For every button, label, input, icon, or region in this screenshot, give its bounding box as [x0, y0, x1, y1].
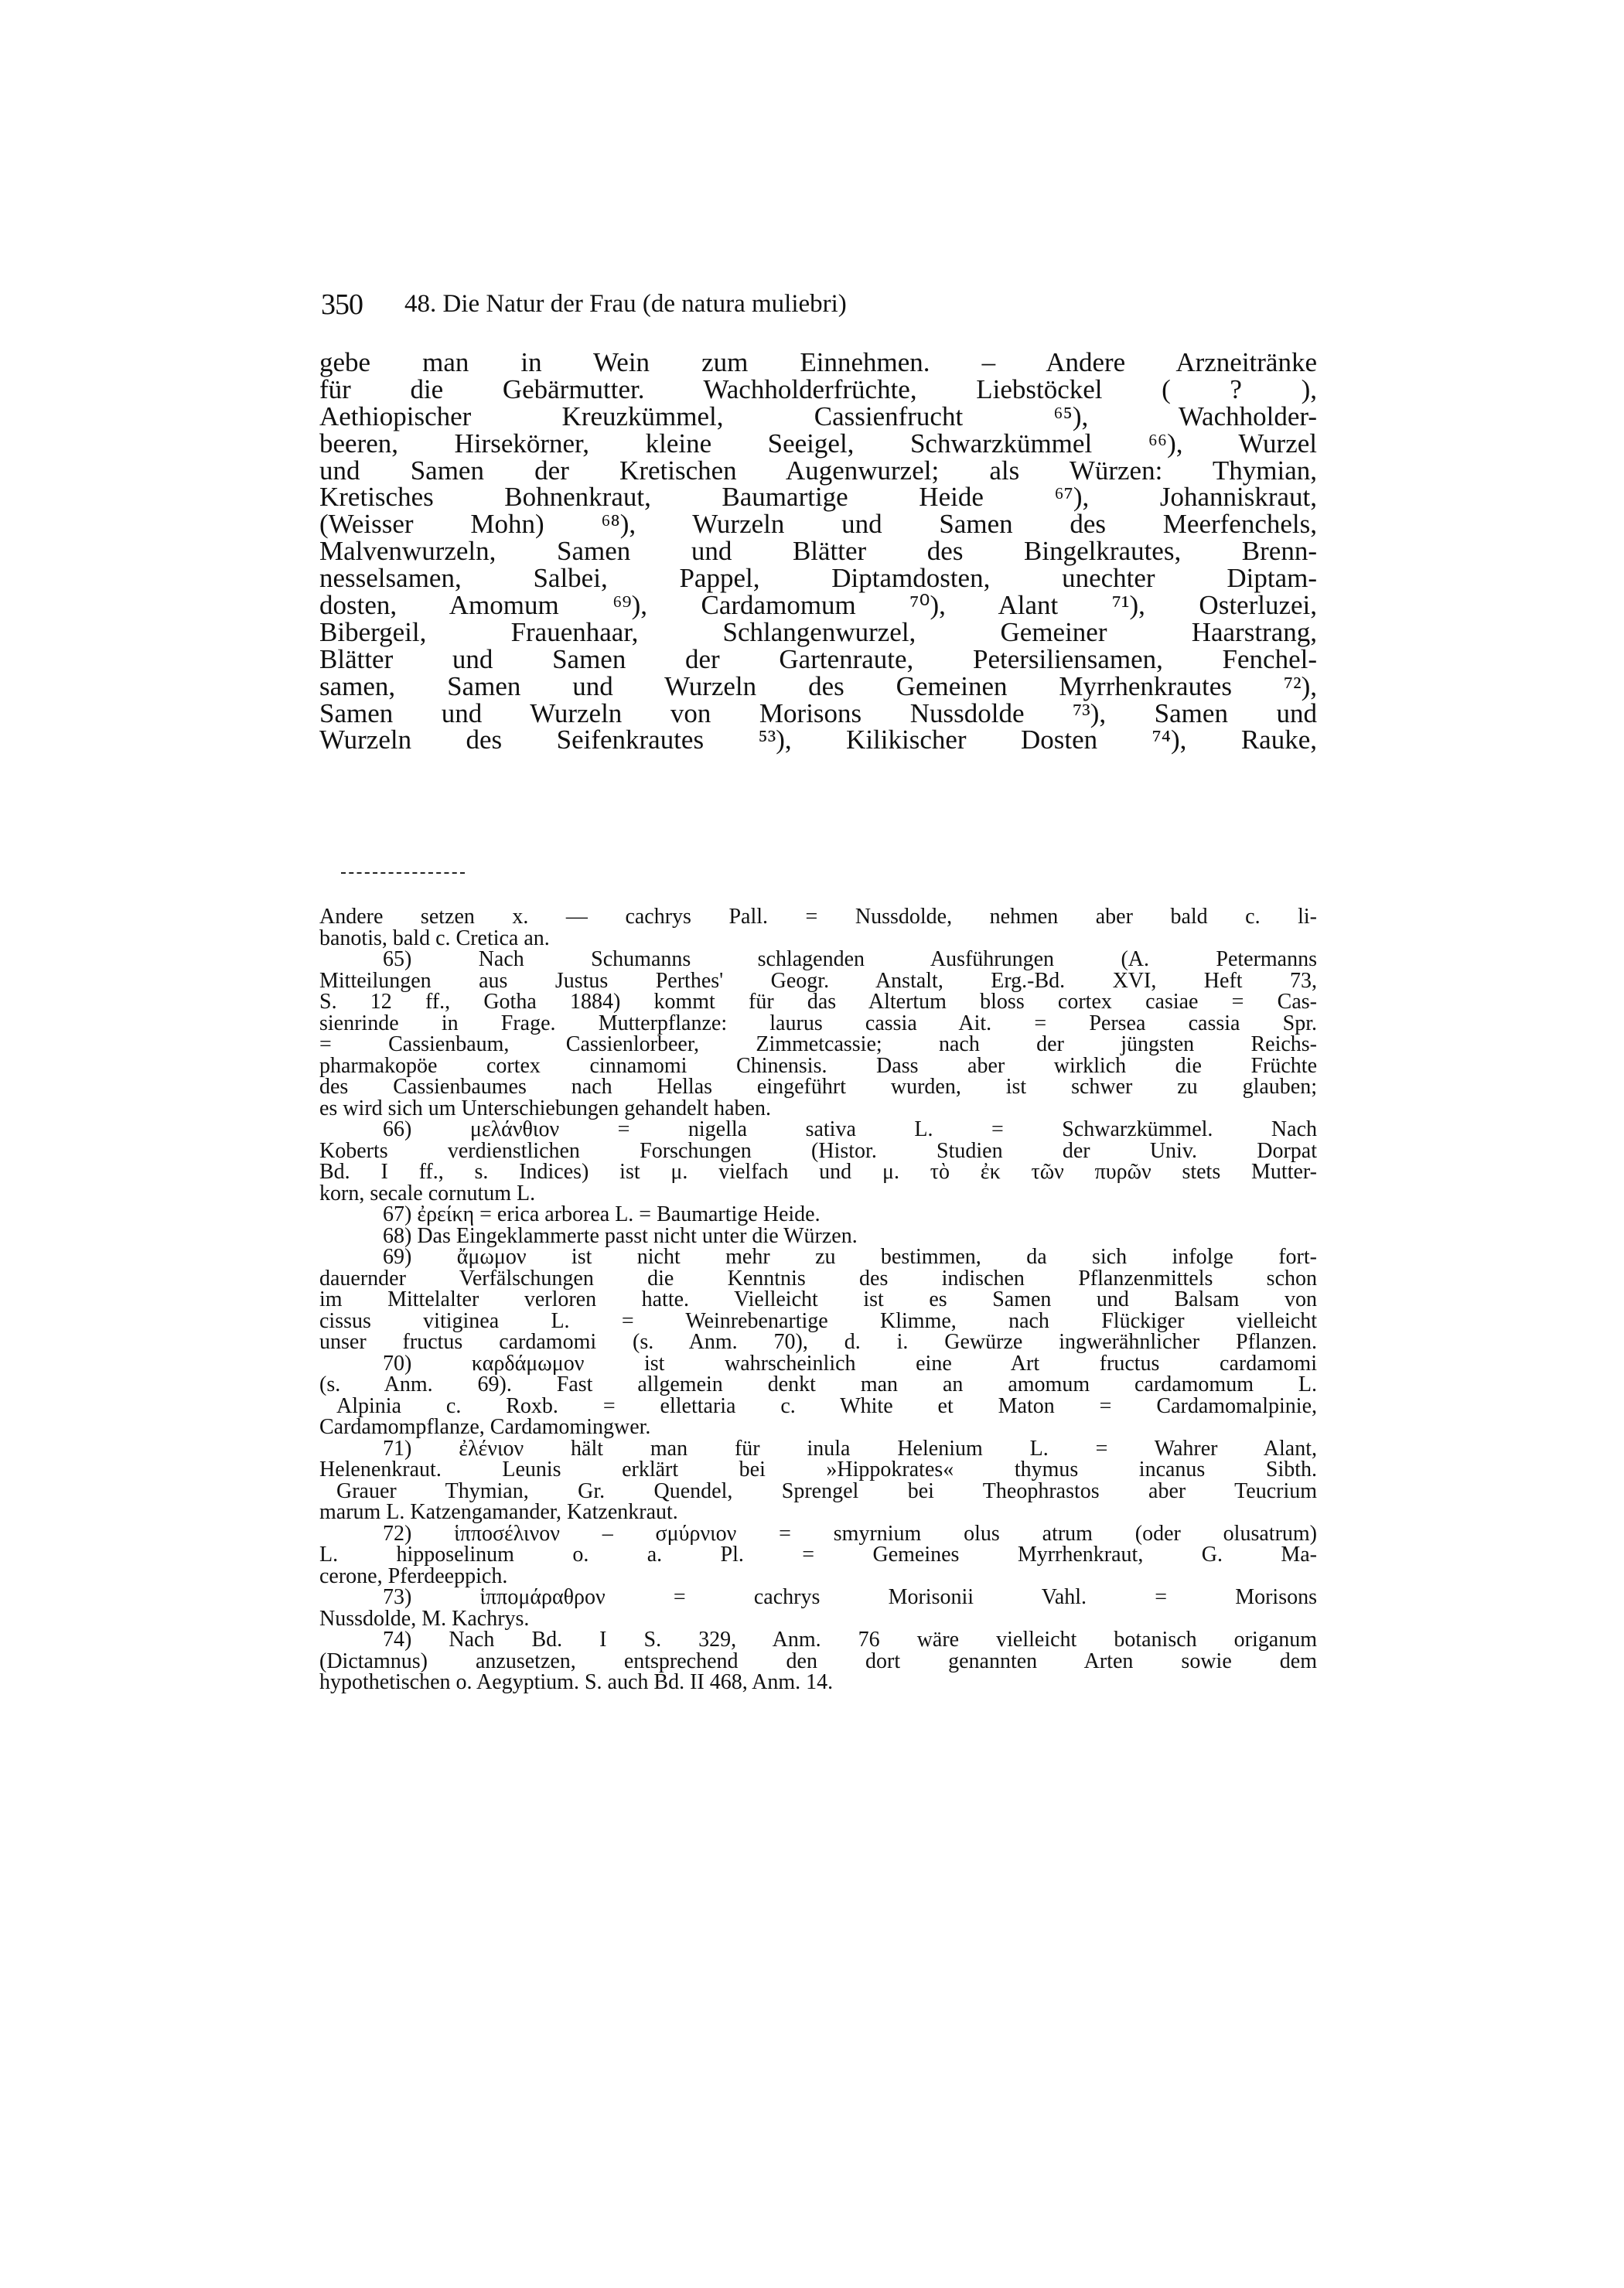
footnote-line: 68) Das Eingeklammerte passt nicht unter…: [319, 1226, 1317, 1247]
footnote-line: im Mittelalter verloren hatte. Vielleich…: [319, 1289, 1317, 1311]
footnote-line: S. 12 ff., Gotha 1884) kommt für das Alt…: [319, 991, 1317, 1013]
footnote-line: L. hipposelinum o. a. Pl. = Gemeines Myr…: [319, 1544, 1317, 1566]
footnote-line: hypothetischen o. Aegyptium. S. auch Bd.…: [319, 1672, 1317, 1693]
footnote-line: 65) Nach Schumanns schlagenden Ausführun…: [319, 949, 1317, 970]
footnote-line: Helenenkraut. Leunis erklärt bei »Hippok…: [319, 1459, 1317, 1481]
text-line: Aethiopischer Kreuzkümmel, Cassienfrucht…: [319, 404, 1317, 431]
footnote-line: es wird sich um Unterschiebungen gehande…: [319, 1098, 1317, 1120]
text-line: beeren, Hirsekörner, kleine Seeigel, Sch…: [319, 431, 1317, 458]
text-line: Kretisches Bohnenkraut, Baumartige Heide…: [319, 484, 1317, 511]
footnote-line: 74) Nach Bd. I S. 329, Anm. 76 wäre viel…: [319, 1629, 1317, 1651]
footnote-line: Cardamompflanze, Cardamomingwer.: [319, 1417, 1317, 1438]
running-head: 350 48. Die Natur der Frau (de natura mu…: [319, 288, 1317, 319]
footnote-line: Koberts verdienstlichen Forschungen (His…: [319, 1141, 1317, 1162]
text-line: gebe man in Wein zum Einnehmen. – Andere…: [319, 350, 1317, 377]
footnote-line: banotis, bald c. Cretica an.: [319, 928, 1317, 950]
footnote-line: 67) ἐρείκη = erica arborea L. = Baumarti…: [319, 1204, 1317, 1226]
footnote-line: korn, secale cornutum L.: [319, 1183, 1317, 1205]
footnote-line: Mitteilungen aus Justus Perthes' Geogr. …: [319, 970, 1317, 992]
text-line: nesselsamen, Salbei, Pappel, Diptamdoste…: [319, 565, 1317, 592]
footnote-line: = Cassienbaum, Cassienlorbeer, Zimmetcas…: [319, 1034, 1317, 1055]
page-number: 350: [321, 288, 363, 322]
text-line: Wurzeln des Seifenkrautes ⁵³), Kilikisch…: [319, 727, 1317, 754]
text-line: Blätter und Samen der Gartenraute, Peter…: [319, 646, 1317, 673]
text-line: für die Gebärmutter. Wachholderfrüchte, …: [319, 377, 1317, 404]
footnote-line: unser fructus cardamomi (s. Anm. 70), d.…: [319, 1332, 1317, 1353]
text-line: (Weisser Mohn) ⁶⁸), Wurzeln und Samen de…: [319, 511, 1317, 538]
text-line: dosten, Amomum ⁶⁹), Cardamomum ⁷⁰), Alan…: [319, 592, 1317, 619]
text-line: Malvenwurzeln, Samen und Blätter des Bin…: [319, 538, 1317, 565]
footnote-line: 66) μελάνθιον = nigella sativa L. = Schw…: [319, 1119, 1317, 1141]
footnote-line: cerone, Pferdeeppich.: [319, 1566, 1317, 1587]
footnote-line: pharmakopöe cortex cinnamomi Chinensis. …: [319, 1055, 1317, 1077]
footnote-separator: [341, 872, 465, 874]
footnote-line: sienrinde in Frage. Mutterpflanze: lauru…: [319, 1013, 1317, 1035]
footnote-line: marum L. Katzengamander, Katzenkraut.: [319, 1502, 1317, 1523]
footnotes: Andere setzen x. — cachrys Pall. = Nussd…: [319, 906, 1317, 1693]
footnote-line: cissus vitiginea L. = Weinrebenartige Kl…: [319, 1311, 1317, 1332]
footnote-line: 70) καρδάμωμον ist wahrscheinlich eine A…: [319, 1353, 1317, 1375]
text-line: samen, Samen und Wurzeln des Gemeinen My…: [319, 673, 1317, 701]
footnote-line: 72) ἱπποσέλινον – σμύρνιον = smyrnium ol…: [319, 1523, 1317, 1545]
footnote-line: (Dictamnus) anzusetzen, entsprechend den…: [319, 1651, 1317, 1673]
footnote-line: dauernder Verfälschungen die Kenntnis de…: [319, 1268, 1317, 1290]
footnote-line: 73) ἱππομάραθρον = cachrys Morisonii Vah…: [319, 1587, 1317, 1608]
footnote-line: des Cassienbaumes nach Hellas eingeführt…: [319, 1076, 1317, 1098]
footnote-line: Alpinia c. Roxb. = ellettaria c. White e…: [319, 1396, 1317, 1417]
text-line: Bibergeil, Frauenhaar, Schlangenwurzel, …: [319, 619, 1317, 646]
main-body-text: gebe man in Wein zum Einnehmen. – Andere…: [319, 350, 1317, 754]
chapter-title: 48. Die Natur der Frau (de natura mulieb…: [404, 290, 847, 319]
text-line: Samen und Wurzeln von Morisons Nussdolde…: [319, 701, 1317, 728]
footnote-line: Bd. I ff., s. Indices) ist μ. vielfach u…: [319, 1161, 1317, 1183]
footnote-line: 69) ἄμωμον ist nicht mehr zu bestimmen, …: [319, 1246, 1317, 1268]
footnote-line: (s. Anm. 69). Fast allgemein denkt man a…: [319, 1374, 1317, 1396]
footnote-line: 71) ἐλένιον hält man für inula Helenium …: [319, 1438, 1317, 1460]
footnote-line: Nussdolde, M. Kachrys.: [319, 1608, 1317, 1630]
text-line: und Samen der Kretischen Augenwurzel; al…: [319, 458, 1317, 485]
footnote-line: Grauer Thymian, Gr. Quendel, Sprengel be…: [319, 1481, 1317, 1502]
footnote-line: Andere setzen x. — cachrys Pall. = Nussd…: [319, 906, 1317, 928]
